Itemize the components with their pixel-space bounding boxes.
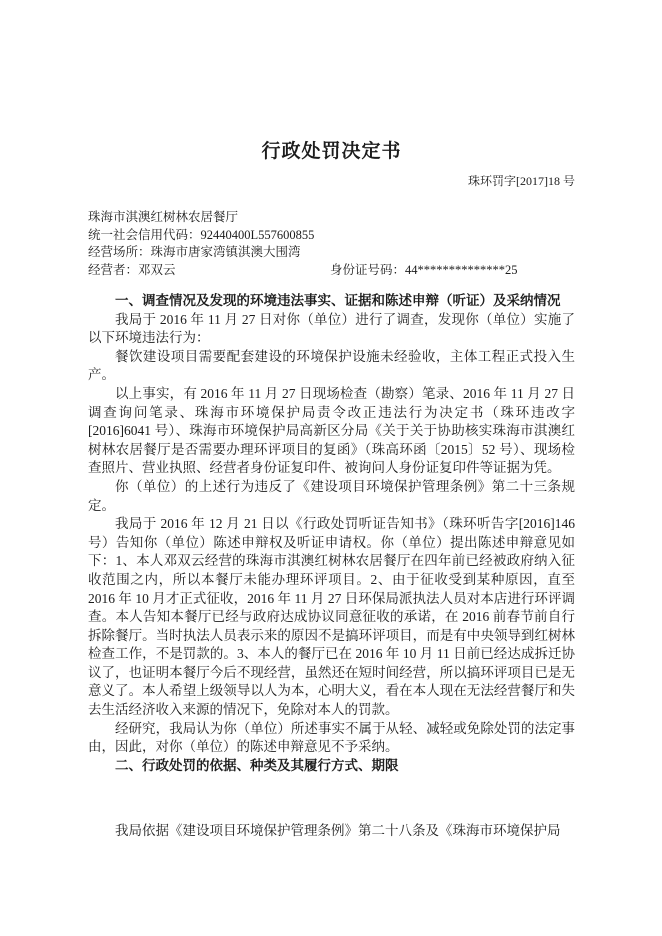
body-paragraph: 你（单位）的上述行为违反了《建设项目环境保护管理条例》第二十三条规定。 [88, 478, 575, 515]
business-address-line: 经营场所：珠海市唐家湾镇淇澳大围湾 [88, 244, 575, 262]
body-paragraph: 我局于 2016 年 11 月 27 日对你（单位）进行了调查，发现你（单位）实… [88, 311, 575, 348]
credit-code-line: 统一社会信用代码：92440400L557600855 [88, 227, 575, 245]
operator-name: 经营者：邓双云 [88, 263, 176, 277]
document-number: 珠环罚字[2017]18 号 [88, 173, 575, 189]
section-1-heading: 一、调查情况及发现的环境违法事实、证据和陈述申辩（听证）及采纳情况 [88, 292, 575, 311]
document-body: 一、调查情况及发现的环境违法事实、证据和陈述申辩（听证）及采纳情况 我局于 20… [88, 292, 575, 841]
party-name: 珠海市淇澳红树林农居餐厅 [88, 209, 575, 227]
document-page: 行政处罚决定书 珠环罚字[2017]18 号 珠海市淇澳红树林农居餐厅 统一社会… [0, 0, 662, 936]
document-title: 行政处罚决定书 [88, 140, 575, 164]
body-paragraph: 餐饮建设项目需要配套建设的环境保护设施未经验收，主体工程正式投入生产。 [88, 348, 575, 385]
body-paragraph: 经研究，我局认为你（单位）所述事实不属于从轻、减轻或免除处罚的法定事由，因此，对… [88, 720, 575, 757]
body-paragraph: 以上事实，有 2016 年 11 月 27 日现场检查（勘察）笔录、2016 年… [88, 385, 575, 478]
section-2-heading: 二、行政处罚的依据、种类及其履行方式、期限 [88, 757, 575, 776]
id-number: 身份证号码：44**************25 [330, 262, 518, 280]
body-paragraph: 我局依据《建设项目环境保护管理条例》第二十八条及《珠海市环境保护局 [88, 822, 575, 841]
operator-line: 经营者：邓双云 身份证号码：44**************25 [88, 262, 575, 280]
party-info-block: 珠海市淇澳红树林农居餐厅 统一社会信用代码：92440400L557600855… [88, 209, 575, 279]
body-paragraph: 我局于 2016 年 12 月 21 日以《行政处罚听证告知书》（珠环听告字[2… [88, 515, 575, 720]
